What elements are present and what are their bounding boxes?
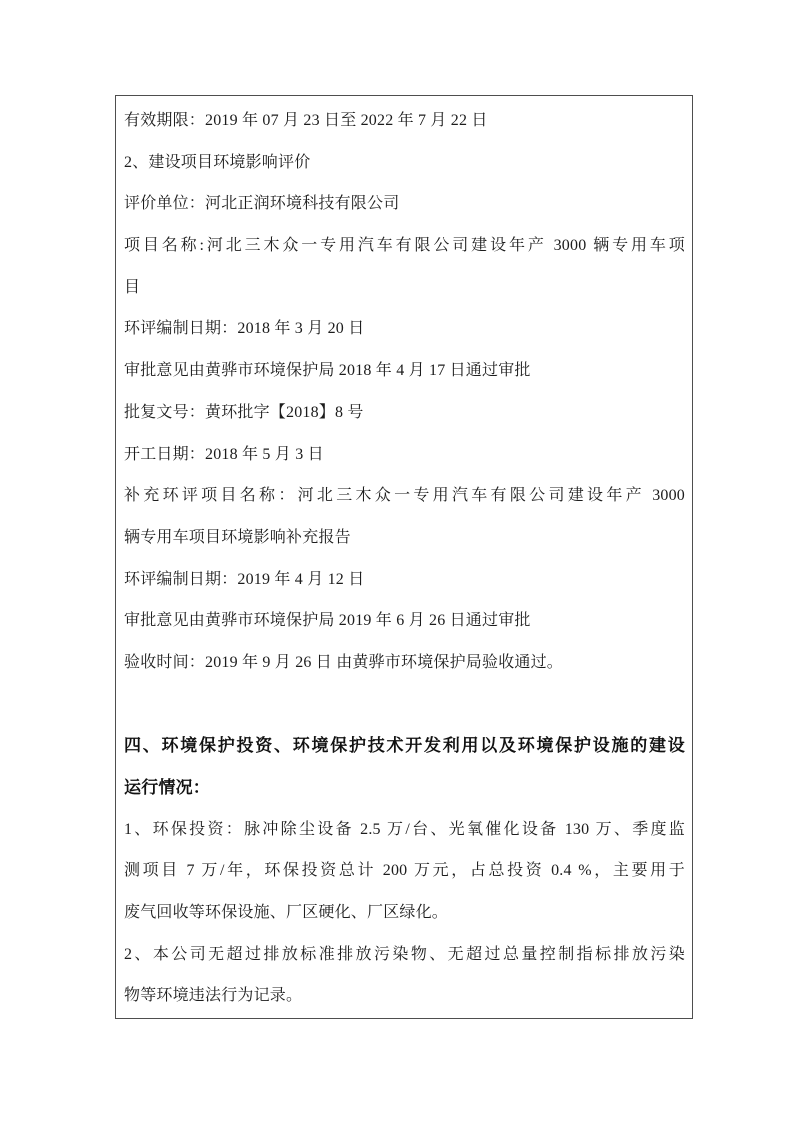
- paragraph-line: 补充环评项目名称：河北三木众一专用汽车有限公司建设年产 3000: [124, 475, 685, 517]
- paragraph-line: 2、建设项目环境影响评价: [124, 142, 685, 184]
- paragraph-line: 废气回收等环保设施、厂区硬化、厂区绿化。: [124, 892, 685, 934]
- paragraph-line: 物等环境违法行为记录。: [124, 975, 685, 1017]
- document-page: 有效期限：2019 年 07 月 23 日至 2022 年 7 月 22 日2、…: [0, 0, 800, 1131]
- paragraph-line: 项目名称:河北三木众一专用汽车有限公司建设年产 3000 辆专用车项: [124, 225, 685, 267]
- table-cell: 有效期限：2019 年 07 月 23 日至 2022 年 7 月 22 日2、…: [115, 95, 693, 1019]
- empty-paragraph: [124, 684, 685, 726]
- paragraph-line: 1、环保投资：脉冲除尘设备 2.5 万/台、光氧催化设备 130 万、季度监: [124, 809, 685, 851]
- paragraph-line: 审批意见由黄骅市环境保护局 2018 年 4 月 17 日通过审批: [124, 350, 685, 392]
- paragraph-line: 审批意见由黄骅市环境保护局 2019 年 6 月 26 日通过审批: [124, 600, 685, 642]
- paragraph-line: 环评编制日期：2019 年 4 月 12 日: [124, 559, 685, 601]
- paragraph-line: 2、本公司无超过排放标准排放污染物、无超过总量控制指标排放污染: [124, 934, 685, 976]
- paragraph-line: 验收时间：2019 年 9 月 26 日 由黄骅市环境保护局验收通过。: [124, 642, 685, 684]
- section-heading-line: 运行情况：: [124, 767, 685, 809]
- paragraph-line: 开工日期：2018 年 5 月 3 日: [124, 434, 685, 476]
- paragraph-line: 有效期限：2019 年 07 月 23 日至 2022 年 7 月 22 日: [124, 100, 685, 142]
- paragraph-line: 测项目 7 万/年，环保投资总计 200 万元，占总投资 0.4 %，主要用于: [124, 850, 685, 892]
- paragraph-line: 环评编制日期：2018 年 3 月 20 日: [124, 308, 685, 350]
- paragraph-line: 目: [124, 267, 685, 309]
- section-heading-line: 四、环境保护投资、环境保护技术开发利用以及环境保护设施的建设: [124, 725, 685, 767]
- paragraph-line: 批复文号：黄环批字【2018】8 号: [124, 392, 685, 434]
- paragraph-line: 评价单位：河北正润环境科技有限公司: [124, 183, 685, 225]
- paragraph-line: 辆专用车项目环境影响补充报告: [124, 517, 685, 559]
